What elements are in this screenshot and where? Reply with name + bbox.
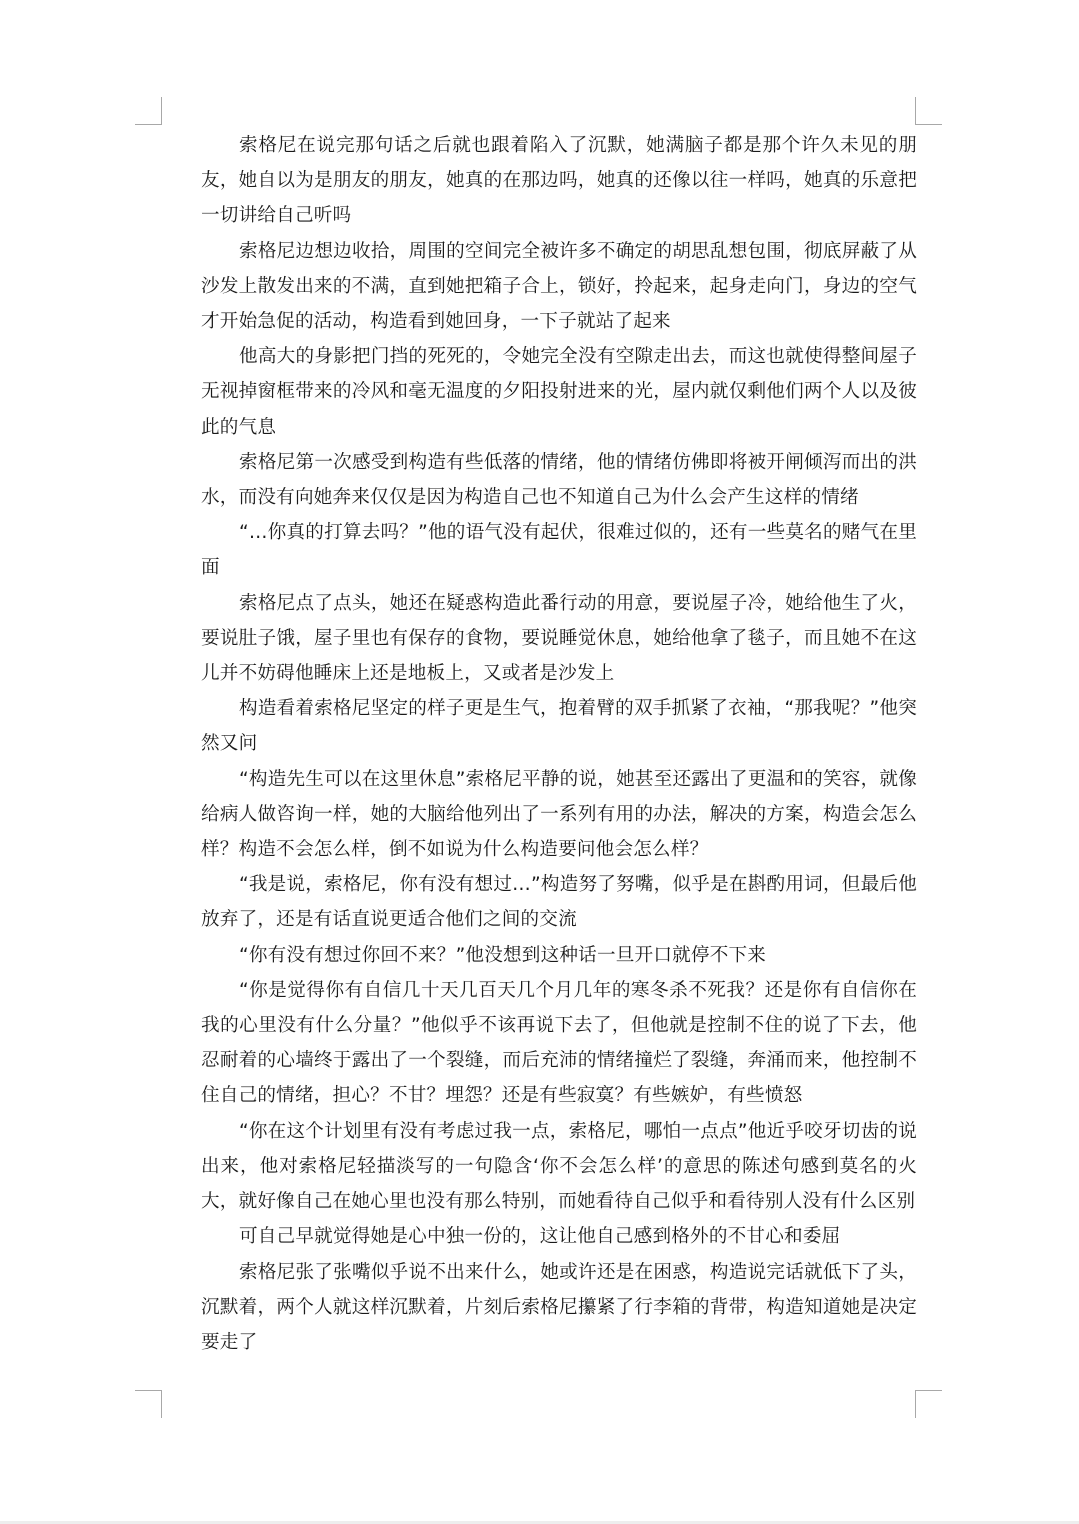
paragraph: “我是说，索格尼，你有没有想过…”构造努了努嘴，似乎是在斟酌用词，但最后他放弃了… bbox=[201, 867, 917, 937]
paragraph: 索格尼在说完那句话之后就也跟着陷入了沉默，她满脑子都是那个许久未见的朋友，她自以… bbox=[201, 128, 917, 234]
corner-mark-bottom-right bbox=[915, 1390, 942, 1418]
paragraph: “你有没有想过你回不来？”他没想到这种话一旦开口就停不下来 bbox=[201, 938, 917, 973]
paragraph: 构造看着索格尼坚定的样子更是生气，抱着臂的双手抓紧了衣袖，“那我呢？”他突然又问 bbox=[201, 691, 917, 761]
document-page: 索格尼在说完那句话之后就也跟着陷入了沉默，她满脑子都是那个许久未见的朋友，她自以… bbox=[0, 0, 1079, 1521]
corner-mark-top-left bbox=[135, 97, 162, 125]
paragraph: 可自己早就觉得她是心中独一份的，这让他自己感到格外的不甘心和委屈 bbox=[201, 1219, 917, 1254]
paragraph: 他高大的身影把门挡的死死的，令她完全没有空隙走出去，而这也就使得整间屋子无视掉窗… bbox=[201, 339, 917, 445]
paragraph: 索格尼点了点头，她还在疑惑构造此番行动的用意，要说屋子冷，她给他生了火，要说肚子… bbox=[201, 586, 917, 692]
paragraph: “你是觉得你有自信几十天几百天几个月几年的寒冬杀不死我？还是你有自信你在我的心里… bbox=[201, 973, 917, 1114]
paragraph: 索格尼第一次感受到构造有些低落的情绪，他的情绪仿佛即将被开闸倾泻而出的洪水，而没… bbox=[201, 445, 917, 515]
paragraph: “你在这个计划里有没有考虑过我一点，索格尼，哪怕一点点”他近乎咬牙切齿的说出来，… bbox=[201, 1114, 917, 1220]
paragraph: “…你真的打算去吗？”他的语气没有起伏，很难过似的，还有一些莫名的赌气在里面 bbox=[201, 515, 917, 585]
paragraph: 索格尼边想边收拾，周围的空间完全被许多不确定的胡思乱想包围，彻底屏蔽了从沙发上散… bbox=[201, 234, 917, 340]
paragraph: “构造先生可以在这里休息”索格尼平静的说，她甚至还露出了更温和的笑容，就像给病人… bbox=[201, 762, 917, 868]
corner-mark-bottom-left bbox=[135, 1390, 162, 1418]
corner-mark-top-right bbox=[915, 97, 942, 125]
document-body: 索格尼在说完那句话之后就也跟着陷入了沉默，她满脑子都是那个许久未见的朋友，她自以… bbox=[201, 128, 917, 1360]
paragraph: 索格尼张了张嘴似乎说不出来什么，她或许还是在困惑，构造说完话就低下了头，沉默着，… bbox=[201, 1255, 917, 1361]
